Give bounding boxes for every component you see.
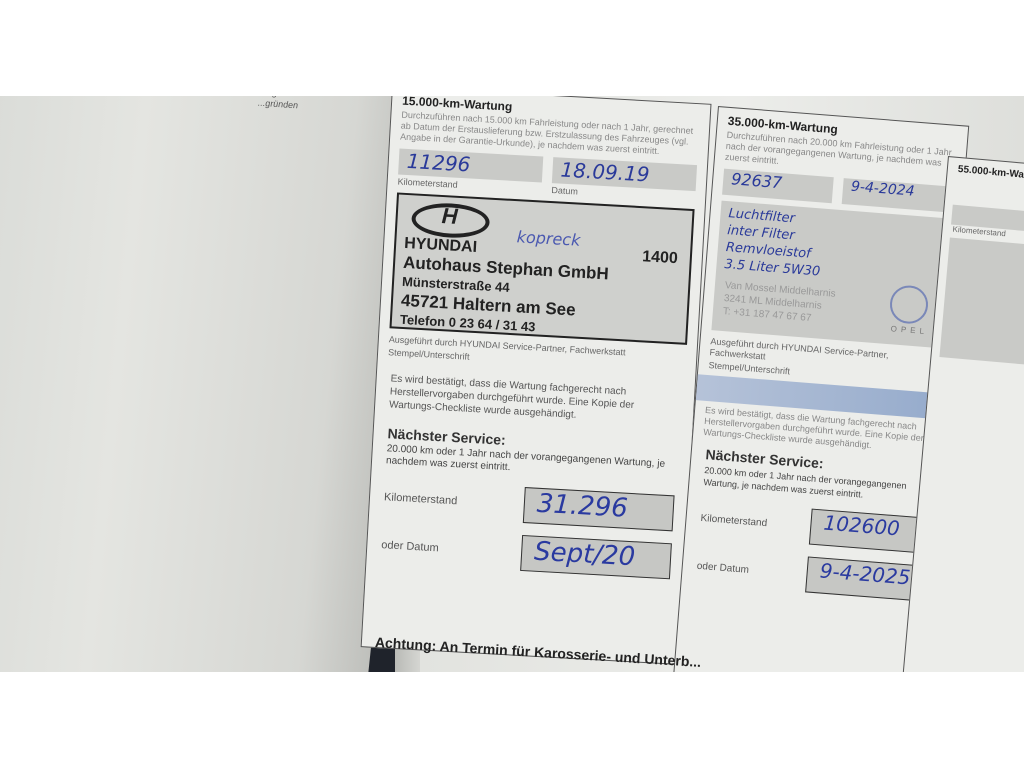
- photo: ...ng ...gründen 15.000-km-Wartung Durch…: [0, 96, 1024, 672]
- confirmation-text: Es wird bestätigt, dass die Wartung fach…: [389, 372, 681, 427]
- mileage-field: 92637: [722, 169, 834, 204]
- dealer-stamp: HYUNDAI 1400 kopreck Autohaus Stephan Gm…: [389, 192, 694, 344]
- next-mileage-box: 31.296: [523, 487, 675, 531]
- dealer-stamp-notes: Luchtfilter inter Filter Remvloeistof 3.…: [711, 201, 950, 349]
- date-field: 9-4-2024: [842, 178, 954, 213]
- next-mileage-box: 102600: [809, 509, 923, 554]
- service-card-15000: 15.000-km-Wartung Durchzuführen nach 15.…: [361, 96, 712, 665]
- next-date-box: Sept/20: [520, 535, 672, 579]
- left-page-corner-text: ...ng ...gründen: [257, 96, 301, 111]
- hyundai-logo-icon: [411, 201, 491, 239]
- next-date-box: 9-4-2025: [805, 556, 919, 601]
